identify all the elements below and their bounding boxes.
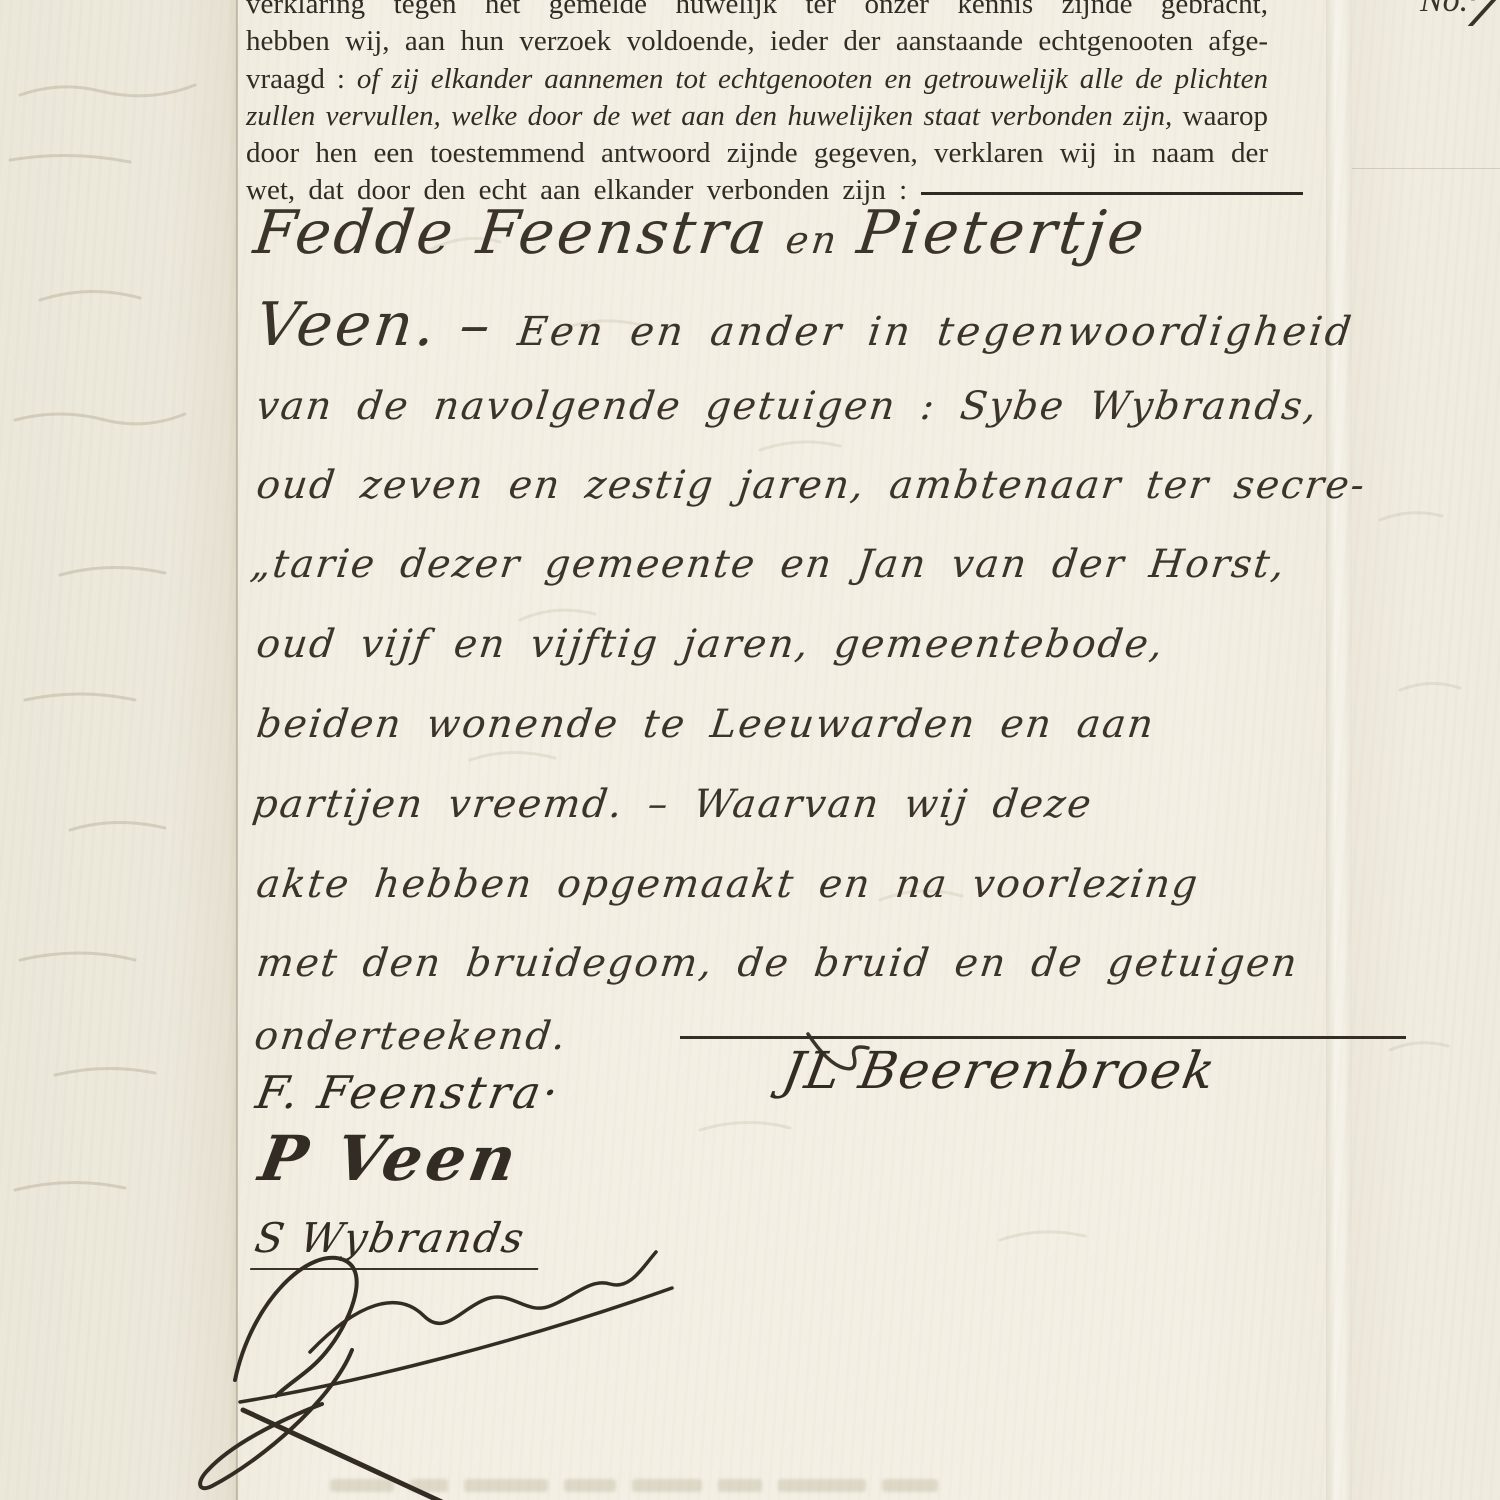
printed-line: door hen een toestemmend antwoord zijnde… [246, 135, 1268, 172]
handwritten-line-3: van de navolgende getuigen : Sybe Wybran… [254, 384, 1321, 429]
signature-bride: P Veen [254, 1122, 525, 1195]
page-fold [1326, 0, 1352, 1500]
handwritten-line-6: oud vijf en vijftig jaren, gemeentebode, [254, 622, 1167, 667]
connector-word: en [783, 218, 841, 262]
document-scan: verklaring tegen het gemelde huwelijk te… [0, 0, 1500, 1500]
signature-groom: F. Feenstra· [252, 1066, 565, 1119]
printed-italic: zullen vervullen, welke door de wet aan … [246, 100, 1183, 132]
signature-official: JL Beerenbroek [778, 1042, 1221, 1101]
handwritten-line-4: oud zeven en zestig jaren, ambtenaar ter… [254, 463, 1369, 508]
paper-crease [1352, 168, 1500, 169]
handwritten-text: Een en ander in tegenwoordigheid [515, 309, 1356, 355]
blank-rule [921, 191, 1303, 195]
act-number-prefix: No. [1420, 0, 1468, 20]
bride-last-name: Veen. – [252, 290, 497, 360]
signature-rule [680, 1036, 1406, 1039]
handwritten-line-10: met den bruidegom, de bruid en de getuig… [254, 941, 1301, 986]
bride-first-name: Pietertje [854, 198, 1151, 268]
handwritten-line-11: onderteekend. [252, 1014, 570, 1059]
act-number-value: 77 [1458, 0, 1500, 39]
printed-line: hebben wij, aan hun verzoek voldoende, i… [246, 23, 1268, 60]
printed-line: zullen vervullen, welke door de wet aan … [246, 98, 1268, 135]
right-page [1352, 0, 1500, 1500]
printed-roman: vraagd : [246, 63, 357, 95]
signature-witness2-scrawl [140, 1230, 780, 1500]
handwritten-line-9: akte hebben opgemaakt en na voorlezing [254, 862, 1202, 907]
printed-roman: waarop [1183, 100, 1268, 132]
handwritten-line-5: „tarie dezer gemeente en Jan van der Hor… [248, 542, 1289, 587]
printed-line: vraagd : of zij elkander aannemen tot ec… [246, 61, 1268, 98]
handwritten-line-names: Fedde FeenstraenPietertje [250, 198, 1151, 268]
handwritten-line-7: beiden wonende te Leeuwarden en aan [254, 702, 1158, 747]
printed-italic: of zij elkander aannemen tot echtgenoote… [357, 63, 1268, 95]
groom-name: Fedde Feenstra [250, 198, 773, 268]
handwritten-line-2: Veen. –Een en ander in tegenwoordigheid [252, 290, 1359, 360]
handwritten-line-8: partijen vreemd. – Waarvan wij deze [250, 782, 1095, 827]
printed-line-clipped: verklaring tegen het gemelde huwelijk te… [246, 0, 1268, 23]
printed-text-block: verklaring tegen het gemelde huwelijk te… [246, 0, 1268, 210]
